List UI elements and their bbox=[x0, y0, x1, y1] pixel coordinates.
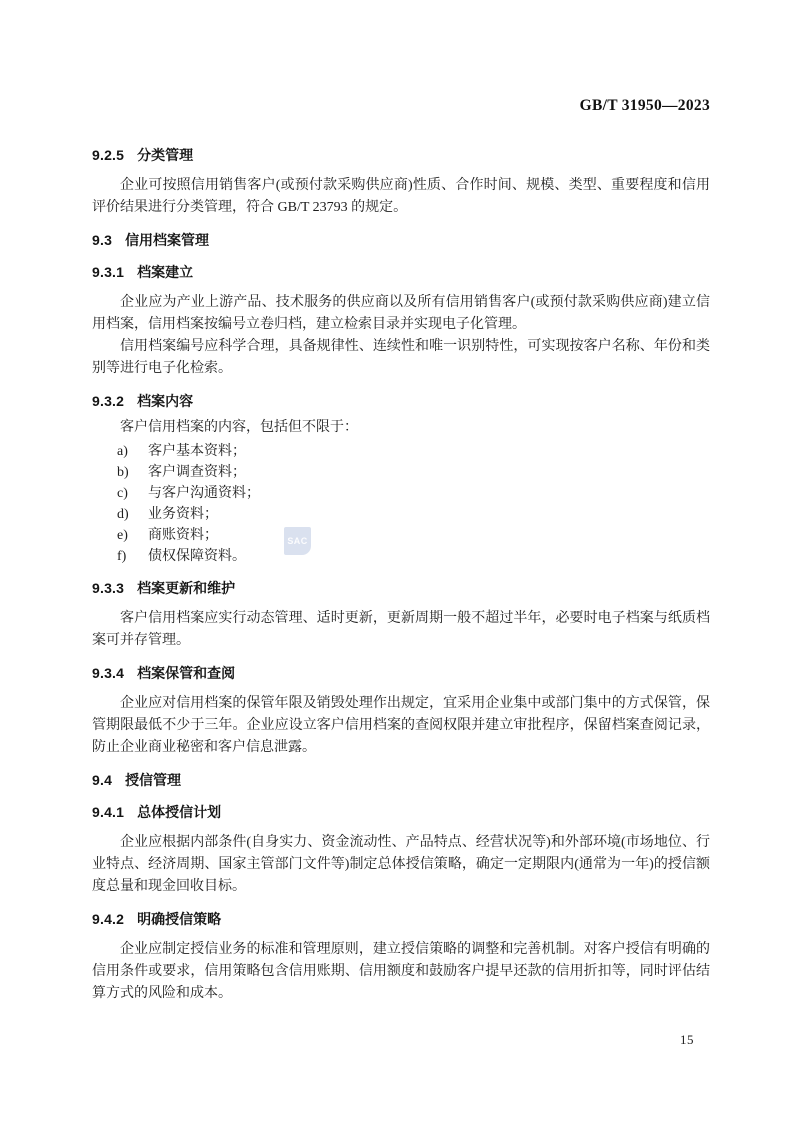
heading-number: 9.3.4 bbox=[92, 665, 124, 681]
paragraph: 信用档案编号应科学合理，具备规律性、连续性和唯一识别特性，可实现按客户名称、年份… bbox=[92, 336, 710, 380]
list-item: c)与客户沟通资料； bbox=[117, 483, 710, 504]
section-heading-9.3: 9.3信用档案管理 bbox=[92, 229, 710, 251]
heading-title: 分类管理 bbox=[137, 147, 193, 163]
list-item-marker: d) bbox=[117, 504, 148, 525]
section-heading-9.3.4: 9.3.4档案保管和查阅 bbox=[92, 662, 710, 684]
paragraph: 企业应制定授信业务的标准和管理原则，建立授信策略的调整和完善机制。对客户授信有明… bbox=[92, 939, 710, 1005]
list-item-marker: e) bbox=[117, 525, 148, 546]
section-heading-9.3.1: 9.3.1档案建立 bbox=[92, 261, 710, 283]
list-item: b)客户调查资料； bbox=[117, 462, 710, 483]
section-heading-9.4: 9.4授信管理 bbox=[92, 769, 710, 791]
heading-number: 9.2.5 bbox=[92, 147, 124, 163]
paragraph: 客户信用档案应实行动态管理、适时更新，更新周期一般不超过半年，必要时电子档案与纸… bbox=[92, 608, 710, 652]
heading-number: 9.3.2 bbox=[92, 393, 124, 409]
list-item: a)客户基本资料； bbox=[117, 441, 710, 462]
paragraph: 企业应对信用档案的保管年限及销毁处理作出规定，宜采用企业集中或部门集中的方式保管… bbox=[92, 693, 710, 759]
heading-title: 明确授信策略 bbox=[137, 911, 221, 927]
item-list: a)客户基本资料；b)客户调查资料；c)与客户沟通资料；d)业务资料；e)商账资… bbox=[92, 441, 710, 567]
heading-title: 档案内容 bbox=[137, 393, 193, 409]
list-item-text: 业务资料； bbox=[148, 507, 218, 522]
document-page: SAC GB/T 31950—2023 9.2.5分类管理企业可按照信用销售客户… bbox=[0, 0, 794, 1123]
heading-title: 总体授信计划 bbox=[137, 804, 221, 820]
list-item-marker: b) bbox=[117, 462, 148, 483]
heading-title: 档案更新和维护 bbox=[137, 580, 235, 596]
section-heading-9.3.2: 9.3.2档案内容 bbox=[92, 390, 710, 412]
list-item-marker: f) bbox=[117, 546, 148, 567]
heading-title: 信用档案管理 bbox=[125, 232, 209, 248]
heading-number: 9.4 bbox=[92, 772, 112, 788]
list-item-marker: a) bbox=[117, 441, 148, 462]
list-item: e)商账资料； bbox=[117, 525, 710, 546]
page-content: GB/T 31950—2023 9.2.5分类管理企业可按照信用销售客户(或预付… bbox=[0, 0, 794, 1005]
heading-number: 9.4.2 bbox=[92, 911, 124, 927]
page-body: 9.2.5分类管理企业可按照信用销售客户(或预付款采购供应商)性质、合作时间、规… bbox=[92, 144, 710, 1005]
heading-number: 9.3 bbox=[92, 232, 112, 248]
list-item-marker: c) bbox=[117, 483, 148, 504]
heading-number: 9.3.3 bbox=[92, 580, 124, 596]
section-heading-9.4.1: 9.4.1总体授信计划 bbox=[92, 801, 710, 823]
heading-title: 档案保管和查阅 bbox=[137, 665, 235, 681]
standard-number-header: GB/T 31950—2023 bbox=[92, 0, 710, 115]
section-heading-9.4.2: 9.4.2明确授信策略 bbox=[92, 908, 710, 930]
heading-number: 9.4.1 bbox=[92, 804, 124, 820]
list-item-text: 客户基本资料； bbox=[148, 444, 246, 459]
list-item: d)业务资料； bbox=[117, 504, 710, 525]
list-item-text: 商账资料； bbox=[148, 528, 218, 543]
list-item-text: 客户调查资料； bbox=[148, 465, 246, 480]
section-heading-9.2.5: 9.2.5分类管理 bbox=[92, 144, 710, 166]
list-item-text: 债权保障资料。 bbox=[148, 549, 246, 564]
paragraph: 客户信用档案的内容，包括但不限于： bbox=[92, 417, 710, 439]
paragraph: 企业应根据内部条件(自身实力、资金流动性、产品特点、经营状况等)和外部环境(市场… bbox=[92, 832, 710, 898]
list-item-text: 与客户沟通资料； bbox=[148, 486, 260, 501]
list-item: f)债权保障资料。 bbox=[117, 546, 710, 567]
heading-title: 授信管理 bbox=[125, 772, 181, 788]
paragraph: 企业应为产业上游产品、技术服务的供应商以及所有信用销售客户(或预付款采购供应商)… bbox=[92, 292, 710, 336]
section-heading-9.3.3: 9.3.3档案更新和维护 bbox=[92, 577, 710, 599]
paragraph: 企业可按照信用销售客户(或预付款采购供应商)性质、合作时间、规模、类型、重要程度… bbox=[92, 175, 710, 219]
page-number: 15 bbox=[680, 1032, 694, 1048]
heading-number: 9.3.1 bbox=[92, 264, 124, 280]
heading-title: 档案建立 bbox=[137, 264, 193, 280]
